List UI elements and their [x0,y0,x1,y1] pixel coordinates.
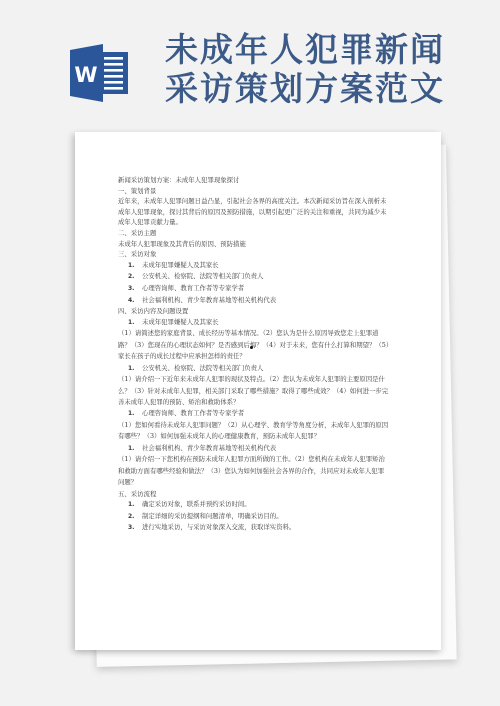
bullet-dot [250,346,253,349]
section-heading-process: 五、采访流程 [118,489,390,500]
list-item: 3.心理咨询师、教育工作者等专家学者 [118,283,390,295]
question-block: （1）请介绍一下近年来未成年人犯罪的现状及特点。（2）您认为未成年人犯罪的主要原… [118,374,390,408]
list-item: 1.未成年犯罪嫌疑人及其家长 [118,260,390,272]
list-item: 4.社会福利机构、青少年教育基地等相关机构代表 [118,295,390,307]
question-block: （1）请简述您的家庭背景、成长经历等基本情况。（2）您认为是什么原因导致您走上犯… [118,328,390,362]
list-item: 1.确定采访对象，联系并预约采访时间。 [118,499,390,511]
section-body-theme: 未成年人犯罪现象及其背后的原因、预防措施 [118,239,390,250]
section-heading-theme: 二、采访主题 [118,228,390,239]
word-document-icon: W [68,42,134,104]
list-item: 2.制定详细的采访提纲和问题清单，明确采访目的。 [118,511,390,523]
section-body-background: 近年来，未成年人犯罪问题日益凸显，引起社会各界的高度关注。本次新闻采访旨在深入剖… [118,196,390,228]
page-title: 未成年人犯罪新闻 采访策划方案范文 [165,30,445,108]
document-page: 新闻采访策划方案：未成年人犯罪现象探讨 一、策划背景 近年来，未成年人犯罪问题日… [75,132,441,650]
list-item: 1.社会福利机构、青少年教育基地等相关机构代表 [118,443,390,455]
list-item: 1.未成年犯罪嫌疑人及其家长 [118,317,390,329]
document-content: 新闻采访策划方案：未成年人犯罪现象探讨 一、策划背景 近年来，未成年人犯罪问题日… [118,175,390,534]
question-block: （1）请介绍一下您机构在预防未成年人犯罪方面所做的工作。（2）您机构在未成年人犯… [118,454,390,488]
banner-header: W 未成年人犯罪新闻 采访策划方案范文 [0,0,500,125]
section-heading-questions: 四、采访内容及问题设置 [118,306,390,317]
list-item: 1.公安机关、检察院、法院等相关部门负责人 [118,363,390,375]
question-block: （1）您如何看待未成年人犯罪问题？（2）从心理学、教育学等角度分析，未成年人犯罪… [118,420,390,443]
document-intro: 新闻采访策划方案：未成年人犯罪现象探讨 [118,175,390,186]
list-item: 3.进行实地采访，与采访对象深入交流，获取详实资料。 [118,522,390,534]
section-heading-background: 一、策划背景 [118,186,390,197]
title-line-2: 采访策划方案范文 [165,69,445,108]
list-item: 1.心理咨询师、教育工作者等专家学者 [118,408,390,420]
svg-text:W: W [74,63,97,87]
list-item: 2.公安机关、检察院、法院等相关部门负责人 [118,271,390,283]
title-line-1: 未成年人犯罪新闻 [165,30,445,69]
section-heading-interviewees: 三、采访对象 [118,249,390,260]
